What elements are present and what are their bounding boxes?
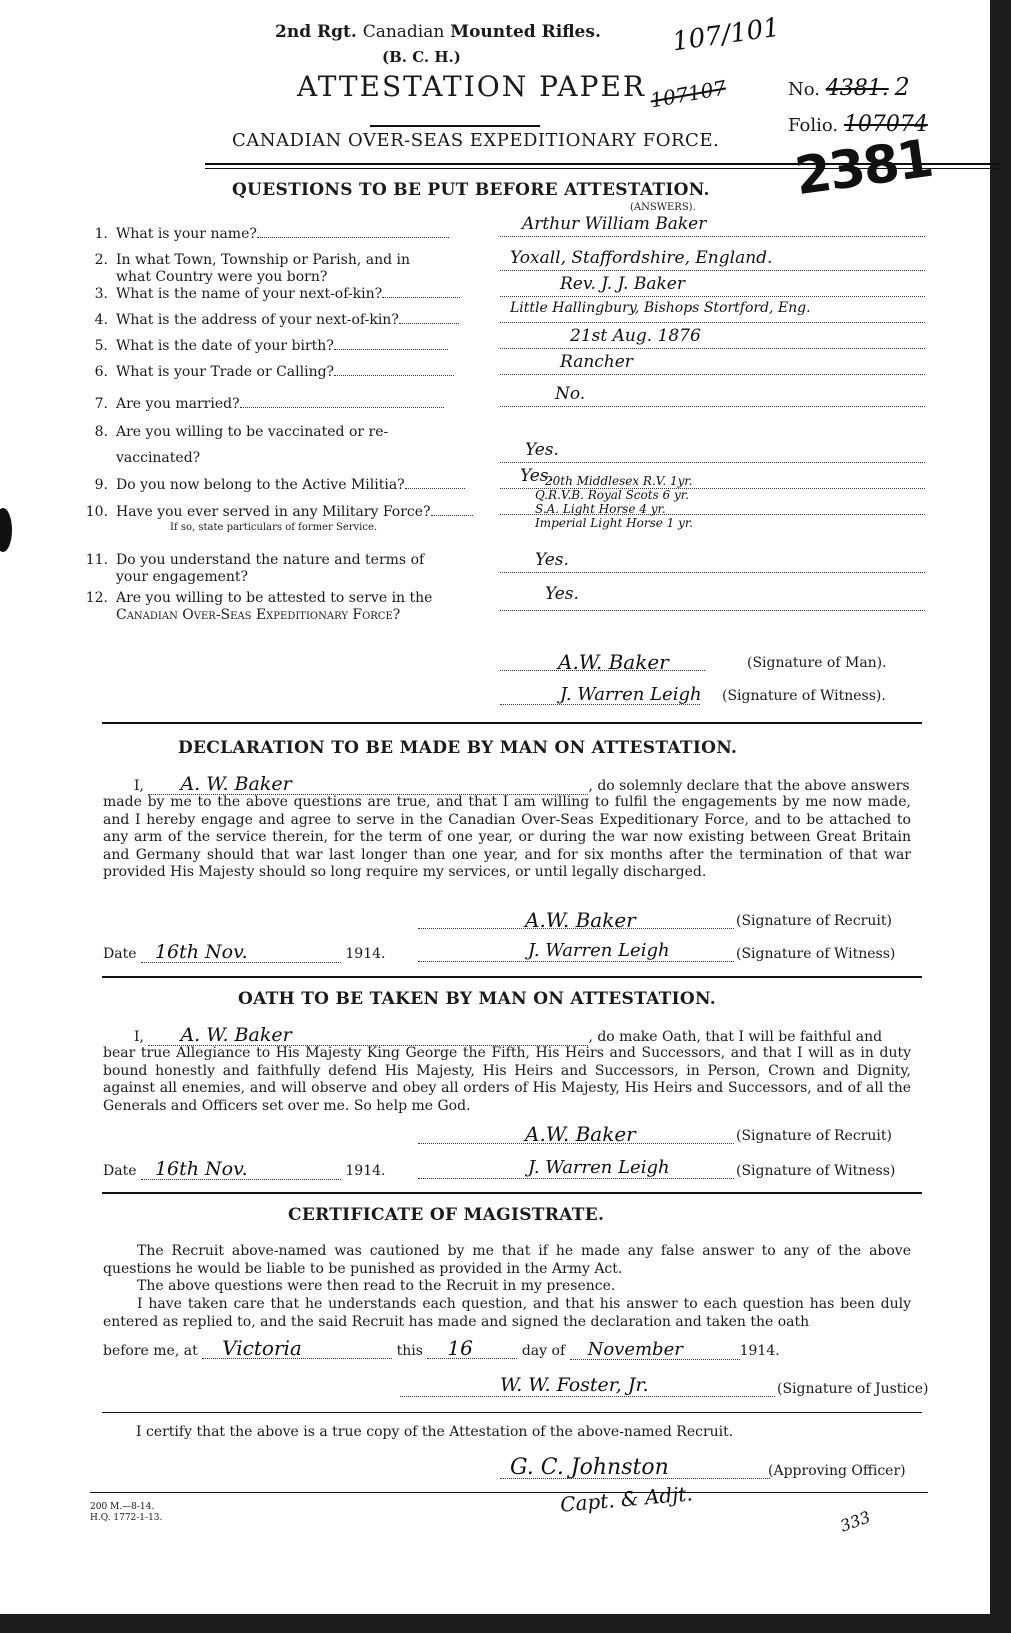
answer-line [500,610,925,611]
answer-7: No. [555,384,585,404]
answer-line [500,572,925,573]
this-label: this [397,1343,423,1359]
answer-service-line: Imperial Light Horse 1 yr. [535,516,693,530]
page-subtitle: CANADIAN OVER-SEAS EXPEDITIONARY FORCE. [232,130,719,151]
form-code-line-1: 200 M.—8-14. [90,1502,162,1513]
question-text: What is your Trade or Calling? [116,364,334,380]
magistrate-para-3: I have taken care that he understands ea… [103,1296,911,1331]
signature-officer-label: (Approving Officer) [768,1463,906,1479]
answer-service-line: S.A. Light Horse 4 yr. [535,502,666,516]
question-9: 9.Do you now belong to the Active Militi… [82,477,465,493]
question-8: 8.Are you willing to be vaccinated or re… [82,424,388,440]
question-text: Are you willing to be vaccinated or re- [116,424,388,440]
question-number: 4. [82,312,108,328]
signature-witness-label: (Signature of Witness). [722,688,886,704]
answer-11: Yes. [535,550,569,570]
question-number: 11. [82,552,108,568]
section-rule-4 [102,1412,922,1413]
justice-line [400,1396,775,1397]
regiment-name: Mounted Rifles. [450,22,601,42]
oath-date-label: Date [103,1163,136,1179]
form-code: 200 M.—8-14. H.Q. 1772-1-13. [90,1502,162,1524]
before-label: before me, at [103,1343,198,1359]
answer-line [500,406,925,407]
magistrate-year: 1914. [740,1343,780,1359]
declaration-signature-witness: J. Warren Leigh [528,940,670,961]
question-number: 5. [82,338,108,354]
answer-5: 21st Aug. 1876 [570,326,701,346]
certification-text: I certify that the above is a true copy … [136,1424,733,1442]
signature-man-line [500,670,705,671]
answer-service-line: Q.R.V.B. Royal Scots 6 yr. [535,488,689,502]
declaration-date-row: Date 16th Nov. 1914. [103,944,385,964]
declaration-i: I, [134,778,144,794]
punch-hole [0,508,12,552]
declaration-body: made by me to the above questions are tr… [103,794,911,882]
declaration-recruit-line [418,928,734,929]
question-number: 10. [82,504,108,520]
oath-recruit-line [418,1143,734,1144]
answer-2: Yoxall, Staffordshire, England. [510,248,772,268]
oath-i: I, [134,1029,144,1045]
page-mark: 333 [838,1507,873,1535]
answer-line [500,462,925,463]
section-rule-1 [102,722,922,724]
declaration-year: 1914. [345,946,385,962]
declaration-witness-line [418,961,734,962]
question-number: 8. [82,424,108,440]
oath-date-row: Date 16th Nov. 1914. [103,1161,385,1181]
oath-first-line: I, A. W. Baker, do make Oath, that I wil… [134,1027,914,1047]
question-number: 12. [82,590,108,606]
signature-man-label: (Signature of Man). [747,655,887,671]
declaration-date-label: Date [103,946,136,962]
scan-border-right [990,0,1011,1633]
oath-signature-witness: J. Warren Leigh [528,1157,670,1178]
question-number: 6. [82,364,108,380]
handwritten-ref: 107/101 [670,13,781,58]
question-5: 5.What is the date of your birth? [82,338,448,354]
declaration-date-value: 16th Nov. [141,944,341,963]
answer-6: Rancher [560,352,633,372]
section-rule-3 [102,1192,922,1194]
oath-body: bear true Allegiance to His Majesty King… [103,1045,911,1115]
no-field: No. 4381. 2 [788,73,910,101]
question-3: 3.What is the name of your next-of-kin? [82,286,460,302]
question-leader [334,375,454,376]
oath-date-value: 16th Nov. [141,1161,341,1180]
answer-line [500,322,925,323]
declaration-first-line: I, A. W. Baker, do solemnly declare that… [134,776,914,796]
no-correction: 2 [894,73,909,101]
magistrate-day: 16 [427,1340,517,1359]
question-text: What is the date of your birth? [116,338,334,354]
answer-1: Arthur William Baker [522,214,706,234]
question-leader [240,407,444,408]
question-11: 11.Do you understand the nature and term… [82,552,424,568]
question-text-continued: what Country were you born? [116,269,327,285]
question-text-continued: vaccinated? [116,450,200,466]
answer-3: Rev. J. J. Baker [560,274,685,294]
form-code-line-2: H.Q. 1772-1-13. [90,1513,162,1524]
oath-heading: OATH TO BE TAKEN BY MAN ON ATTESTATION. [238,989,716,1009]
question-number: 2. [82,252,108,268]
question-text: Are you married? [116,396,240,412]
questions-heading: QUESTIONS TO BE PUT BEFORE ATTESTATION. [232,180,710,200]
oath-recruit-label: (Signature of Recruit) [736,1128,892,1144]
signature-justice-label: (Signature of Justice) [777,1381,929,1397]
question-7: 7.Are you married? [82,396,444,412]
question-text: What is the name of your next-of-kin? [116,286,382,302]
question-leader [334,349,448,350]
struck-ref: 107107 [648,76,727,113]
question-11-continued: your engagement? [116,569,248,585]
question-12: 12.Are you willing to be attested to ser… [82,590,432,606]
signature-witness-line [500,704,700,705]
question-leader [431,515,473,516]
question-leader [382,297,460,298]
question-text-continued: Canadian Over-Seas Expeditionary Force? [116,607,400,623]
oath-name: A. W. Baker [148,1027,588,1046]
question-text: Do you understand the nature and terms o… [116,552,424,568]
question-2: 2.In what Town, Township or Parish, and … [82,252,410,268]
section-rule-2 [102,976,922,978]
no-value: 4381. [826,76,889,101]
question-text: Are you willing to be attested to serve … [116,590,432,606]
declaration-recruit-label: (Signature of Recruit) [736,913,892,929]
question-number: 7. [82,396,108,412]
question-note: If so, state particulars of former Servi… [170,522,377,533]
magistrate-place-row: before me, at Victoria this 16 day of No… [103,1340,780,1361]
signature-officer: G. C. Johnston [510,1455,669,1480]
officer-rank: Capt. & Adjt. [559,1481,693,1516]
declaration-witness-label: (Signature of Witness) [736,946,895,962]
question-number: 1. [82,226,108,242]
declaration-text-first: , do solemnly declare that the above ans… [588,778,909,794]
question-2-continued: what Country were you born? [116,269,327,285]
header-rule-1 [205,163,1000,165]
question-10: 10.Have you ever served in any Military … [82,504,473,520]
question-12-continued: Canadian Over-Seas Expeditionary Force? [116,607,400,623]
answer-line [500,296,925,297]
answer-12: Yes. [545,584,579,604]
answer-line [500,374,925,375]
magistrate-month: November [570,1341,740,1360]
question-leader [399,323,459,324]
folio-label: Folio. [788,115,838,136]
question-text: Do you now belong to the Active Militia? [116,477,405,493]
answer-line [500,270,925,271]
magistrate-place: Victoria [202,1340,392,1359]
unit-abbrev: (B. C. H.) [382,48,461,66]
question-number: 3. [82,286,108,302]
question-4: 4.What is the address of your next-of-ki… [82,312,459,328]
oath-year: 1914. [345,1163,385,1179]
header-rule-2 [205,168,1000,169]
declaration-name: A. W. Baker [148,776,588,795]
regiment-line: 2nd Rgt. Canadian Mounted Rifles. [275,22,601,42]
page-title: ATTESTATION PAPER [297,70,646,103]
declaration-heading: DECLARATION TO BE MADE BY MAN ON ATTESTA… [178,738,737,758]
answer-line [500,348,925,349]
title-rule [370,125,540,127]
answers-label: (ANSWERS). [630,202,696,213]
question-6: 6.What is your Trade or Calling? [82,364,454,380]
oath-witness-line [418,1178,734,1179]
magistrate-para-1: The Recruit above-named was cautioned by… [103,1243,911,1278]
answer-service-line: 20th Middlesex R.V. 1yr. [545,474,693,488]
question-leader [257,237,449,238]
signature-witness: J. Warren Leigh [560,684,702,705]
oath-text-first: , do make Oath, that I will be faithful … [588,1029,882,1045]
regiment-number: 2nd Rgt. [275,22,357,42]
officer-line [500,1478,770,1479]
question-8-continued: vaccinated? [116,450,200,466]
scan-border-bottom [0,1614,1011,1633]
question-number: 9. [82,477,108,493]
answer-line [500,236,925,237]
question-leader [405,488,465,489]
day-of-label: day of [522,1343,565,1359]
no-label: No. [788,79,820,100]
bottom-rule [90,1492,928,1493]
question-text: Have you ever served in any Military For… [116,504,431,520]
magistrate-para-2: The above questions were then read to th… [137,1278,615,1296]
oath-witness-label: (Signature of Witness) [736,1163,895,1179]
answer-8: Yes. [525,440,559,460]
question-text: What is the address of your next-of-kin? [116,312,399,328]
question-1: 1.What is your name? [82,226,449,242]
question-text-continued: your engagement? [116,569,248,585]
answer-4: Little Hallingbury, Bishops Stortford, E… [510,300,811,316]
magistrate-heading: CERTIFICATE OF MAGISTRATE. [288,1205,604,1225]
signature-justice: W. W. Foster, Jr. [500,1374,649,1396]
question-text: What is your name? [116,226,257,242]
regiment-canadian: Canadian [363,22,445,42]
question-text: In what Town, Township or Parish, and in [116,252,410,268]
